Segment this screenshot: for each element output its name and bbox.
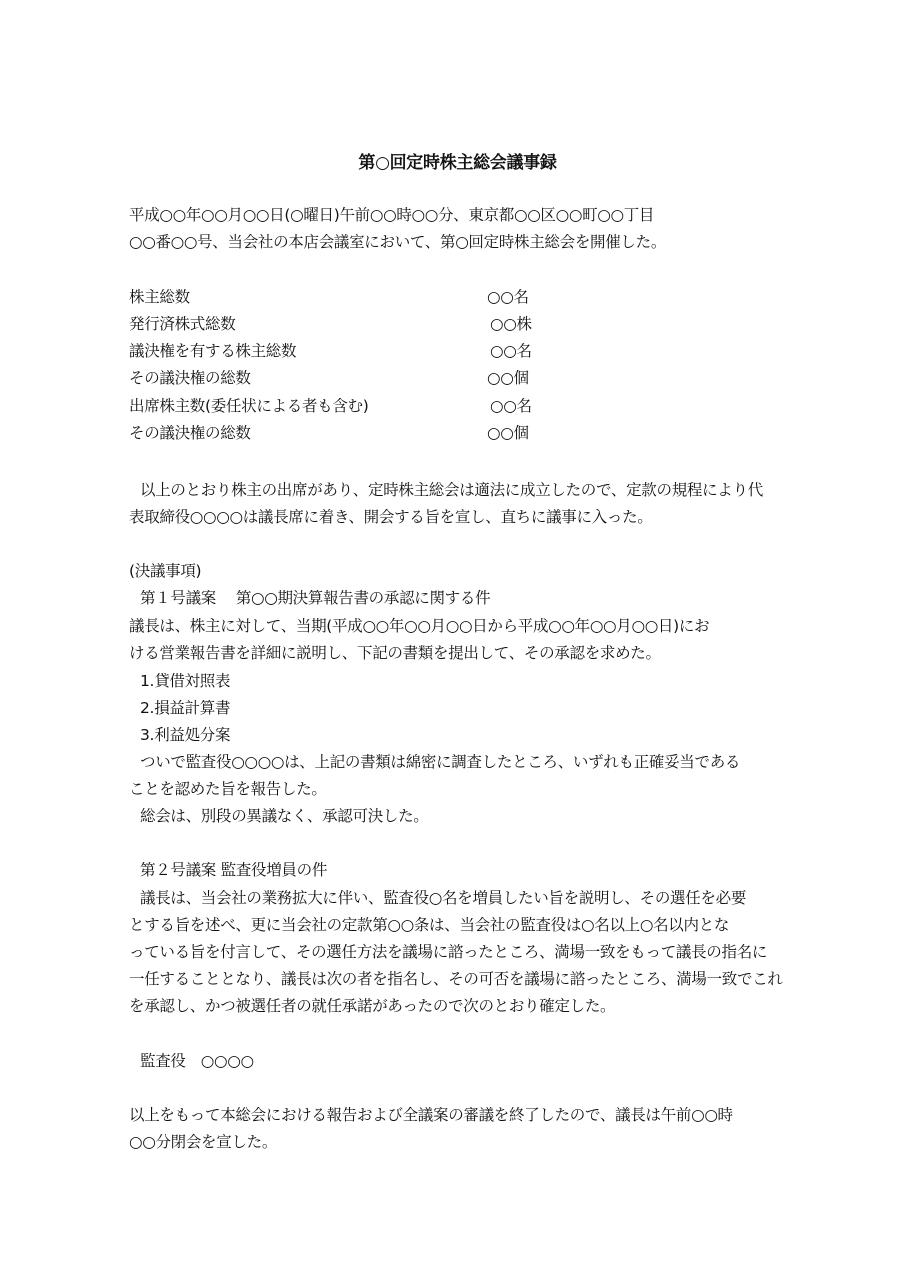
quorum-line-1: 以上のとおり株主の出席があり、定時株主総会は適法に成立したので、定款の規程により… xyxy=(140,480,763,500)
auditor-report-line-1: ついで監査役○○○○は、上記の書類は綿密に調査したところ、いずれも正確妥当である xyxy=(140,752,740,772)
stat-value: ○○株 xyxy=(490,314,532,334)
intro-line-1: 平成○○年○○月○○日(○曜日)午前○○時○○分、東京都○○区○○町○○丁目 xyxy=(129,205,654,225)
proposal-1-result: 総会は、別段の異議なく、承認可決した。 xyxy=(140,806,429,826)
proposal-2-body-line-2: とする旨を述べ、更に当会社の定款第○○条は、当会社の監査役は○名以上○名以内とな xyxy=(129,915,729,935)
quorum-line-2: 表取締役○○○○は議長席に着き、開会する旨を宣し、直ちに議事に入った。 xyxy=(129,507,652,527)
auditor-report-line-2: ことを認めた旨を報告した。 xyxy=(129,779,327,799)
appointee: 監査役 ○○○○ xyxy=(140,1051,254,1071)
proposal-1-body-line-1: 議長は、株主に対して、当期(平成○○年○○月○○日から平成○○年○○月○○日)に… xyxy=(129,616,709,636)
intro-line-2: ○○番○○号、当会社の本店会議室において、第○回定時株主総会を開催した。 xyxy=(129,232,666,252)
document-page: 第○回定時株主総会議事録 平成○○年○○月○○日(○曜日)午前○○時○○分、東京… xyxy=(0,0,905,1280)
proposal-1-heading: 第１号議案 第○○期決算報告書の承認に関する件 xyxy=(140,588,490,608)
stat-value: ○○名 xyxy=(490,396,532,416)
stat-value: ○○名 xyxy=(487,287,529,307)
closing-line-2: ○○分閉会を宣した。 xyxy=(129,1132,277,1152)
proposal-2-body-line-1: 議長は、当会社の業務拡大に伴い、監査役○名を増員したい旨を説明し、その選任を必要 xyxy=(140,888,746,908)
stat-label: 出席株主数(委任状による者も含む) xyxy=(129,396,369,416)
proposal-2-body-line-4: 一任することとなり、議長は次の者を指名し、その可否を議場に諮ったところ、満場一致… xyxy=(129,969,783,989)
document-item-2: 2.損益計算書 xyxy=(140,698,230,718)
stat-label: 議決権を有する株主総数 xyxy=(129,341,296,361)
document-title: 第○回定時株主総会議事録 xyxy=(0,152,905,174)
closing-line-1: 以上をもって本総会における報告および全議案の審議を終了したので、議長は午前○○時 xyxy=(129,1105,733,1125)
stat-value: ○○個 xyxy=(487,368,529,388)
stat-label: 株主総数 xyxy=(129,287,190,307)
proposal-2-heading: 第２号議案 監査役増員の件 xyxy=(140,860,327,880)
stat-value: ○○名 xyxy=(490,341,532,361)
document-item-1: 1.貸借対照表 xyxy=(140,671,230,691)
proposal-2-body-line-3: っている旨を付言して、その選任方法を議場に諮ったところ、満場一致をもって議長の指… xyxy=(129,942,767,962)
proposal-2-body-line-5: を承認し、かつ被選任者の就任承諾があったので次のとおり確定した。 xyxy=(129,996,615,1016)
stat-label: その議決権の総数 xyxy=(129,368,251,388)
document-item-3: 3.利益処分案 xyxy=(140,725,230,745)
stat-label: 発行済株式総数 xyxy=(129,314,235,334)
stat-label: その議決権の総数 xyxy=(129,423,251,443)
proposal-1-body-line-2: ける営業報告書を詳細に説明し、下記の書類を提出して、その承認を求めた。 xyxy=(129,643,661,663)
resolutions-heading: (決議事項) xyxy=(129,561,201,581)
stat-value: ○○個 xyxy=(487,423,529,443)
